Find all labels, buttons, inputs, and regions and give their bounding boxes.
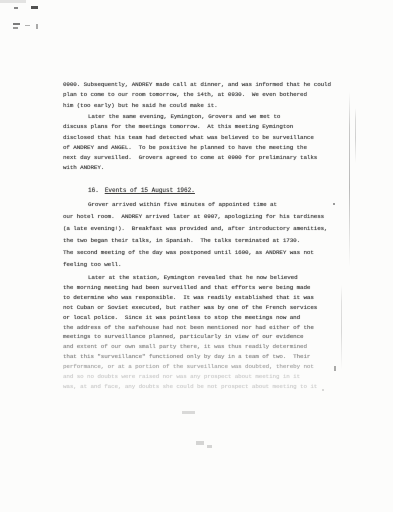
text-line: not Cuban or Soviet executed, but rather…	[63, 303, 341, 313]
text-line: discuss plans for the meetings tomorrow.…	[63, 122, 341, 132]
section-heading: 16.Events of 15 August 1962.	[88, 187, 195, 194]
text-line: him (too early) but he said he could mak…	[63, 101, 341, 111]
text-line: or local police. Since it was pointless …	[63, 313, 341, 323]
text-line: (a late evening!). Breakfast was provide…	[63, 223, 341, 235]
paragraph: Grover arrived within five minutes of ap…	[63, 199, 341, 271]
text-line: plan to come to our room tomorrow, the 1…	[63, 90, 341, 100]
text-line: meetings to surveillance planned, partic…	[63, 332, 341, 342]
text-line: performance, or at a portion of the surv…	[63, 362, 341, 372]
paragraph: Later at the station, Eymington revealed…	[63, 273, 341, 392]
section-title: Events of 15 August 1962.	[105, 187, 195, 194]
text-line: that this "surveillance" functioned only…	[63, 352, 341, 362]
paragraph: 0900. Subsequently, ANDREY made call at …	[63, 80, 341, 111]
text-line: to determine who was responsible. It was…	[63, 293, 341, 303]
text-line: of ANDREY and ANGEL. To be positive he p…	[63, 143, 341, 153]
text-line: disclosed that his team had detected wha…	[63, 133, 341, 143]
text-line: the two began their talks, in Spanish. T…	[63, 235, 341, 247]
text-line: our hotel room. ANDREY arrived later at …	[63, 211, 341, 223]
text-line: Grover arrived within five minutes of ap…	[63, 199, 341, 211]
text-line: and extent of our own small party there,…	[63, 342, 341, 352]
text-line: and so no doubts were raised nor was any…	[63, 372, 341, 382]
text-line: 0900. Subsequently, ANDREY made call at …	[63, 80, 341, 90]
text-line: The second meeting of the day was postpo…	[63, 247, 341, 259]
text-line: was, at and face, any doubts she could b…	[63, 382, 341, 392]
text-line: Later the same evening, Eymington, Grove…	[63, 112, 341, 122]
text-line: with ANDREY.	[63, 163, 341, 173]
text-line: next day surveilled. Grovers agreed to c…	[63, 153, 341, 163]
text-line: feeling too well.	[63, 259, 341, 271]
typewritten-text: 0900. Subsequently, ANDREY made call at …	[0, 0, 393, 512]
text-line: the address of the safehouse had not bee…	[63, 323, 341, 333]
text-line: Later at the station, Eymington revealed…	[63, 273, 341, 283]
document-page: 0900. Subsequently, ANDREY made call at …	[0, 0, 393, 512]
text-line: the morning meeting had been surveilled …	[63, 283, 341, 293]
section-number: 16.	[88, 187, 99, 194]
paragraph: Later the same evening, Eymington, Grove…	[63, 112, 341, 174]
